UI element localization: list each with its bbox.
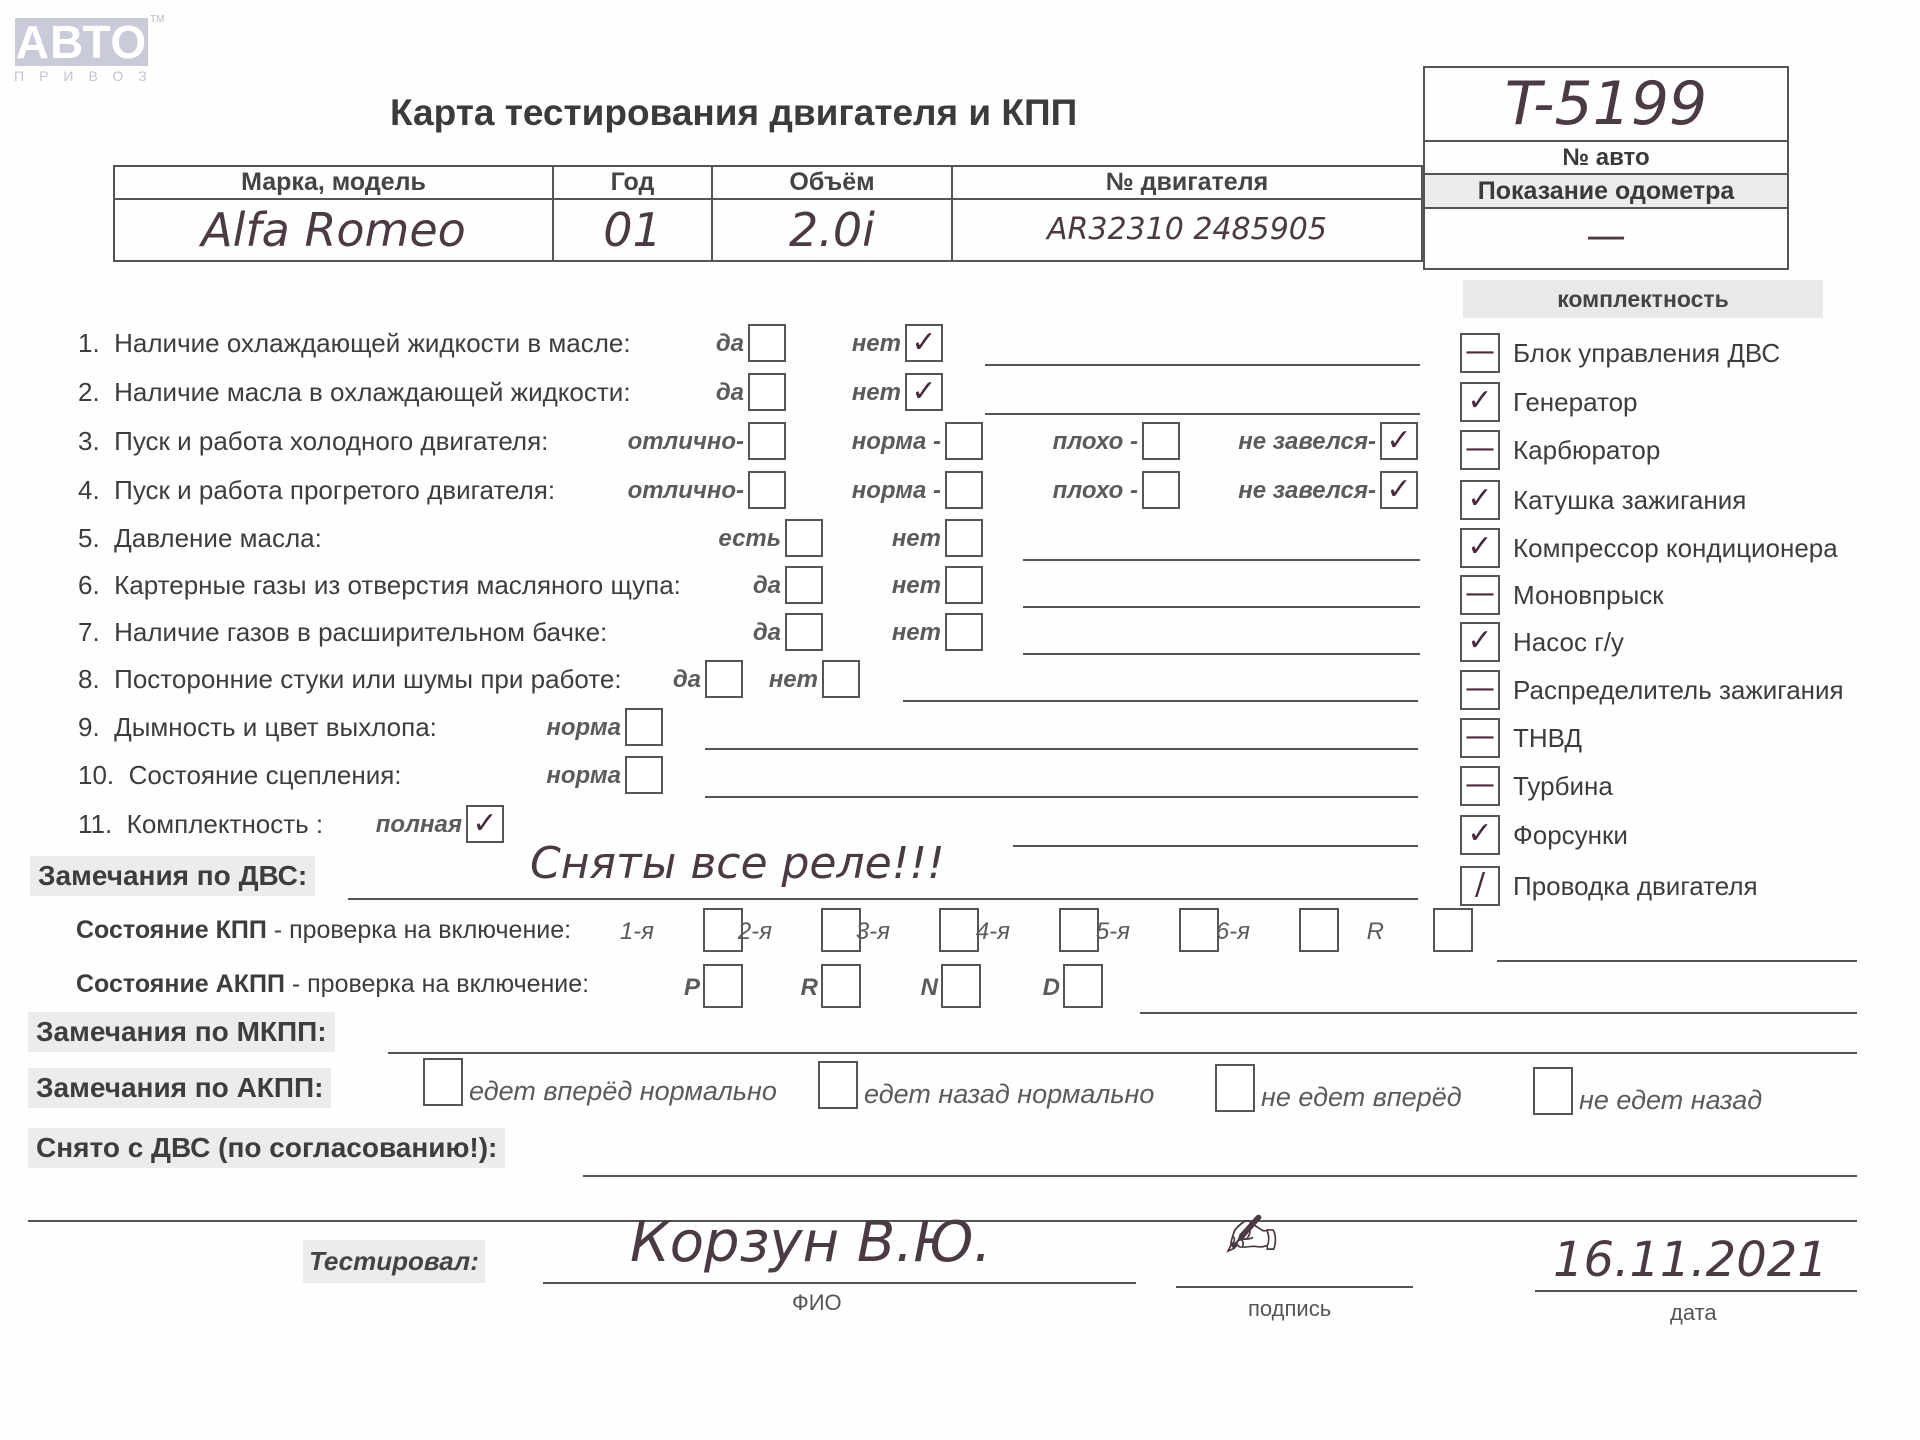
option-label: не завелся- xyxy=(1235,428,1376,456)
completeness-checkbox[interactable]: / xyxy=(1460,866,1500,906)
manual-gearbox-line xyxy=(1497,960,1857,962)
mode-checkbox[interactable] xyxy=(703,964,743,1008)
completeness-checkbox[interactable]: — xyxy=(1460,333,1500,373)
option-checkbox[interactable]: ✓ xyxy=(1380,422,1418,460)
auto-gearbox-line xyxy=(1140,1012,1857,1014)
question-number: 5. xyxy=(78,523,100,553)
question-text: Пуск и работа холодного двигателя: xyxy=(114,426,548,456)
col-year-label: Год xyxy=(553,166,712,199)
akpp-remarks-label: Замечания по АКПП: xyxy=(28,1068,331,1108)
option-checkbox[interactable] xyxy=(625,756,663,794)
completeness-header: комплектность xyxy=(1463,280,1823,318)
removed-line xyxy=(583,1175,1857,1177)
logo-trademark: TM xyxy=(150,14,164,25)
akpp-option-label: не едет вперёд xyxy=(1261,1082,1462,1113)
option-checkbox[interactable] xyxy=(822,660,860,698)
logo-subtitle: ПРИВОЗ xyxy=(14,68,162,84)
option-label: да xyxy=(750,619,781,647)
completeness-item-label: Катушка зажигания xyxy=(1513,485,1746,516)
akpp-option-checkbox[interactable] xyxy=(818,1061,858,1109)
question-number: 11. xyxy=(78,809,112,839)
option-label: отлично- xyxy=(625,428,744,456)
completeness-item-label: Форсунки xyxy=(1513,820,1628,851)
vehicle-info-table: Марка, модель Год Объём № двигателя Alfa… xyxy=(113,165,1423,262)
question-number: 3. xyxy=(78,426,100,456)
option-checkbox[interactable] xyxy=(785,519,823,557)
car-number-label: № авто xyxy=(1425,142,1787,175)
question-text: Наличие охлаждающей жидкости в масле: xyxy=(114,328,630,358)
completeness-item-label: Распределитель зажигания xyxy=(1513,675,1844,706)
odometer-value[interactable]: — xyxy=(1425,209,1787,270)
completeness-item-label: Проводка двигателя xyxy=(1513,871,1758,902)
mkpp-remarks-line xyxy=(388,1052,1857,1054)
mkpp-remarks-label: Замечания по МКПП: xyxy=(28,1012,335,1052)
gear-checkbox[interactable] xyxy=(1433,908,1473,952)
auto-gearbox-label: Состояние АКПП - проверка на включение: xyxy=(76,970,589,999)
volume-value[interactable]: 2.0i xyxy=(712,199,952,261)
gear-label: 2-я xyxy=(718,918,772,946)
option-checkbox[interactable] xyxy=(785,566,823,604)
completeness-checkbox[interactable]: — xyxy=(1460,575,1500,615)
tested-by-label: Тестировал: xyxy=(303,1240,485,1283)
option-label: плохо - xyxy=(1048,477,1138,505)
mode-checkbox[interactable] xyxy=(941,964,981,1008)
signature-caption: подпись xyxy=(1248,1296,1331,1322)
question-text: Дымность и цвет выхлопа: xyxy=(114,712,437,742)
option-label: да xyxy=(710,330,744,358)
logo: АВТО xyxy=(15,18,148,66)
car-number-value[interactable]: T-5199 xyxy=(1425,68,1787,142)
signature-line xyxy=(1176,1286,1413,1288)
question-8: 8. Посторонние стуки или шумы при работе… xyxy=(78,664,622,695)
completeness-item-label: Блок управления ДВС xyxy=(1513,338,1780,369)
question-note-line xyxy=(985,413,1420,415)
engine-remarks-label: Замечания по ДВС: xyxy=(30,856,315,896)
col-volume-label: Объём xyxy=(712,166,952,199)
option-checkbox[interactable]: ✓ xyxy=(905,373,943,411)
completeness-checkbox[interactable]: ✓ xyxy=(1460,622,1500,662)
page-title: Карта тестирования двигателя и КПП xyxy=(390,92,1077,134)
option-checkbox[interactable] xyxy=(748,422,786,460)
completeness-checkbox[interactable]: — xyxy=(1460,766,1500,806)
tester-name-value[interactable]: Корзун В.Ю. xyxy=(630,1210,991,1275)
option-label: нет xyxy=(885,525,941,553)
option-checkbox[interactable] xyxy=(748,471,786,509)
completeness-item-label: Компрессор кондиционера xyxy=(1513,533,1838,564)
gear-label: R xyxy=(1330,918,1384,946)
question-text: Пуск и работа прогретого двигателя: xyxy=(114,475,555,505)
question-note-line xyxy=(1013,845,1418,847)
question-note-line xyxy=(985,364,1420,366)
completeness-checkbox[interactable]: — xyxy=(1460,670,1500,710)
option-checkbox[interactable] xyxy=(945,422,983,460)
name-caption: ФИО xyxy=(792,1290,842,1316)
question-note-line xyxy=(705,796,1418,798)
question-text: Картерные газы из отверстия масляного щу… xyxy=(114,570,681,600)
completeness-item-label: Моновпрыск xyxy=(1513,580,1664,611)
option-checkbox[interactable] xyxy=(945,519,983,557)
option-label: норма - xyxy=(845,477,941,505)
question-4: 4. Пуск и работа прогретого двигателя: xyxy=(78,475,555,506)
completeness-checkbox[interactable]: ✓ xyxy=(1460,528,1500,568)
option-label: нет xyxy=(848,379,901,407)
question-note-line xyxy=(705,748,1418,750)
name-line xyxy=(543,1282,1136,1284)
question-text: Наличие газов в расширительном бачке: xyxy=(114,617,607,647)
question-2: 2. Наличие масла в охлаждающей жидкости: xyxy=(78,377,631,408)
question-7: 7. Наличие газов в расширительном бачке: xyxy=(78,617,607,648)
gear-label: 5-я xyxy=(1076,918,1130,946)
completeness-item-label: Карбюратор xyxy=(1513,435,1660,466)
question-number: 6. xyxy=(78,570,100,600)
mode-label: D xyxy=(1040,974,1060,1002)
question-number: 7. xyxy=(78,617,100,647)
akpp-option-label: едет вперёд нормально xyxy=(469,1076,777,1107)
option-checkbox[interactable] xyxy=(785,613,823,651)
completeness-item-label: Генератор xyxy=(1513,387,1638,418)
gear-label: 1-я xyxy=(600,918,654,946)
question-text: Посторонние стуки или шумы при работе: xyxy=(114,664,621,694)
option-label: да xyxy=(750,572,781,600)
option-label: норма xyxy=(543,714,621,742)
signature-value[interactable]: ✍ xyxy=(1225,1200,1279,1274)
question-number: 4. xyxy=(78,475,100,505)
question-note-line xyxy=(1023,653,1420,655)
akpp-option-checkbox[interactable] xyxy=(1533,1067,1573,1115)
option-label: нет xyxy=(765,666,818,694)
car-info-box: T-5199 № авто Показание одометра — xyxy=(1423,66,1789,270)
option-label: норма - xyxy=(845,428,941,456)
question-6: 6. Картерные газы из отверстия масляного… xyxy=(78,570,681,601)
akpp-option-checkbox[interactable] xyxy=(1215,1064,1255,1112)
question-note-line xyxy=(903,700,1418,702)
option-checkbox[interactable] xyxy=(705,660,743,698)
completeness-item-label: Насос г/у xyxy=(1513,627,1624,658)
gear-label: 3-я xyxy=(836,918,890,946)
question-11: 11. Комплектность : xyxy=(78,809,323,840)
mode-label: N xyxy=(918,974,938,1002)
mode-label: R xyxy=(798,974,818,1002)
completeness-checkbox[interactable]: — xyxy=(1460,430,1500,470)
completeness-checkbox[interactable]: — xyxy=(1460,718,1500,758)
engine-number-value[interactable]: AR32310 2485905 xyxy=(952,199,1422,261)
manual-gearbox-label: Состояние КПП - проверка на включение: xyxy=(76,916,571,945)
question-number: 8. xyxy=(78,664,100,694)
option-checkbox[interactable]: ✓ xyxy=(466,805,504,843)
completeness-item-label: Турбина xyxy=(1513,771,1613,802)
date-caption: дата xyxy=(1670,1300,1717,1326)
question-number: 10. xyxy=(78,760,114,790)
option-checkbox[interactable] xyxy=(748,324,786,362)
option-label: плохо - xyxy=(1048,428,1138,456)
akpp-option-label: не едет назад xyxy=(1579,1085,1762,1116)
completeness-checkbox[interactable]: ✓ xyxy=(1460,480,1500,520)
engine-remarks-value[interactable]: Сняты все реле!!! xyxy=(530,838,945,889)
mode-label: P xyxy=(680,974,700,1002)
question-number: 1. xyxy=(78,328,100,358)
year-value[interactable]: 01 xyxy=(553,199,712,261)
mode-checkbox[interactable] xyxy=(1063,964,1103,1008)
gear-label: 6-я xyxy=(1196,918,1250,946)
question-number: 9. xyxy=(78,712,100,742)
question-1: 1. Наличие охлаждающей жидкости в масле: xyxy=(78,328,631,359)
option-label: да xyxy=(670,666,701,694)
question-text: Наличие масла в охлаждающей жидкости: xyxy=(114,377,630,407)
option-label: не завелся- xyxy=(1235,477,1376,505)
make-model-value[interactable]: Alfa Romeo xyxy=(114,199,553,261)
date-value[interactable]: 16.11.2021 xyxy=(1553,1232,1828,1288)
completeness-checkbox[interactable]: ✓ xyxy=(1460,382,1500,422)
engine-remarks-line xyxy=(348,898,1418,900)
option-label: норма xyxy=(543,762,621,790)
mode-checkbox[interactable] xyxy=(821,964,861,1008)
date-line xyxy=(1535,1290,1857,1292)
question-3: 3. Пуск и работа холодного двигателя: xyxy=(78,426,548,457)
option-checkbox[interactable]: ✓ xyxy=(1380,471,1418,509)
completeness-checkbox[interactable]: ✓ xyxy=(1460,815,1500,855)
completeness-item-label: ТНВД xyxy=(1513,723,1582,754)
question-5: 5. Давление масла: xyxy=(78,523,322,554)
option-label: полная xyxy=(373,811,462,839)
question-note-line xyxy=(1023,606,1420,608)
question-9: 9. Дымность и цвет выхлопа: xyxy=(78,712,437,743)
option-checkbox[interactable] xyxy=(1142,422,1180,460)
option-label: да xyxy=(710,379,744,407)
question-text: Состояние сцепления: xyxy=(129,760,402,790)
option-label: нет xyxy=(848,330,901,358)
question-note-line xyxy=(1023,559,1420,561)
question-text: Комплектность : xyxy=(127,809,324,839)
question-text: Давление масла: xyxy=(114,523,322,553)
option-label: есть xyxy=(715,525,781,553)
col-engine-number-label: № двигателя xyxy=(952,166,1422,199)
option-checkbox[interactable] xyxy=(945,566,983,604)
option-label: нет xyxy=(885,619,941,647)
question-10: 10. Состояние сцепления: xyxy=(78,760,402,791)
option-checkbox[interactable] xyxy=(945,613,983,651)
gear-label: 4-я xyxy=(956,918,1010,946)
option-label: нет xyxy=(885,572,941,600)
akpp-option-checkbox[interactable] xyxy=(423,1058,463,1106)
option-label: отлично- xyxy=(625,477,744,505)
col-make-model-label: Марка, модель xyxy=(114,166,553,199)
odometer-label: Показание одометра xyxy=(1425,175,1787,209)
option-checkbox[interactable] xyxy=(748,373,786,411)
removed-label: Снято с ДВС (по согласованию!): xyxy=(28,1128,505,1168)
akpp-option-label: едет назад нормально xyxy=(864,1079,1154,1110)
option-checkbox[interactable] xyxy=(625,708,663,746)
option-checkbox[interactable]: ✓ xyxy=(905,324,943,362)
question-number: 2. xyxy=(78,377,100,407)
option-checkbox[interactable] xyxy=(945,471,983,509)
option-checkbox[interactable] xyxy=(1142,471,1180,509)
